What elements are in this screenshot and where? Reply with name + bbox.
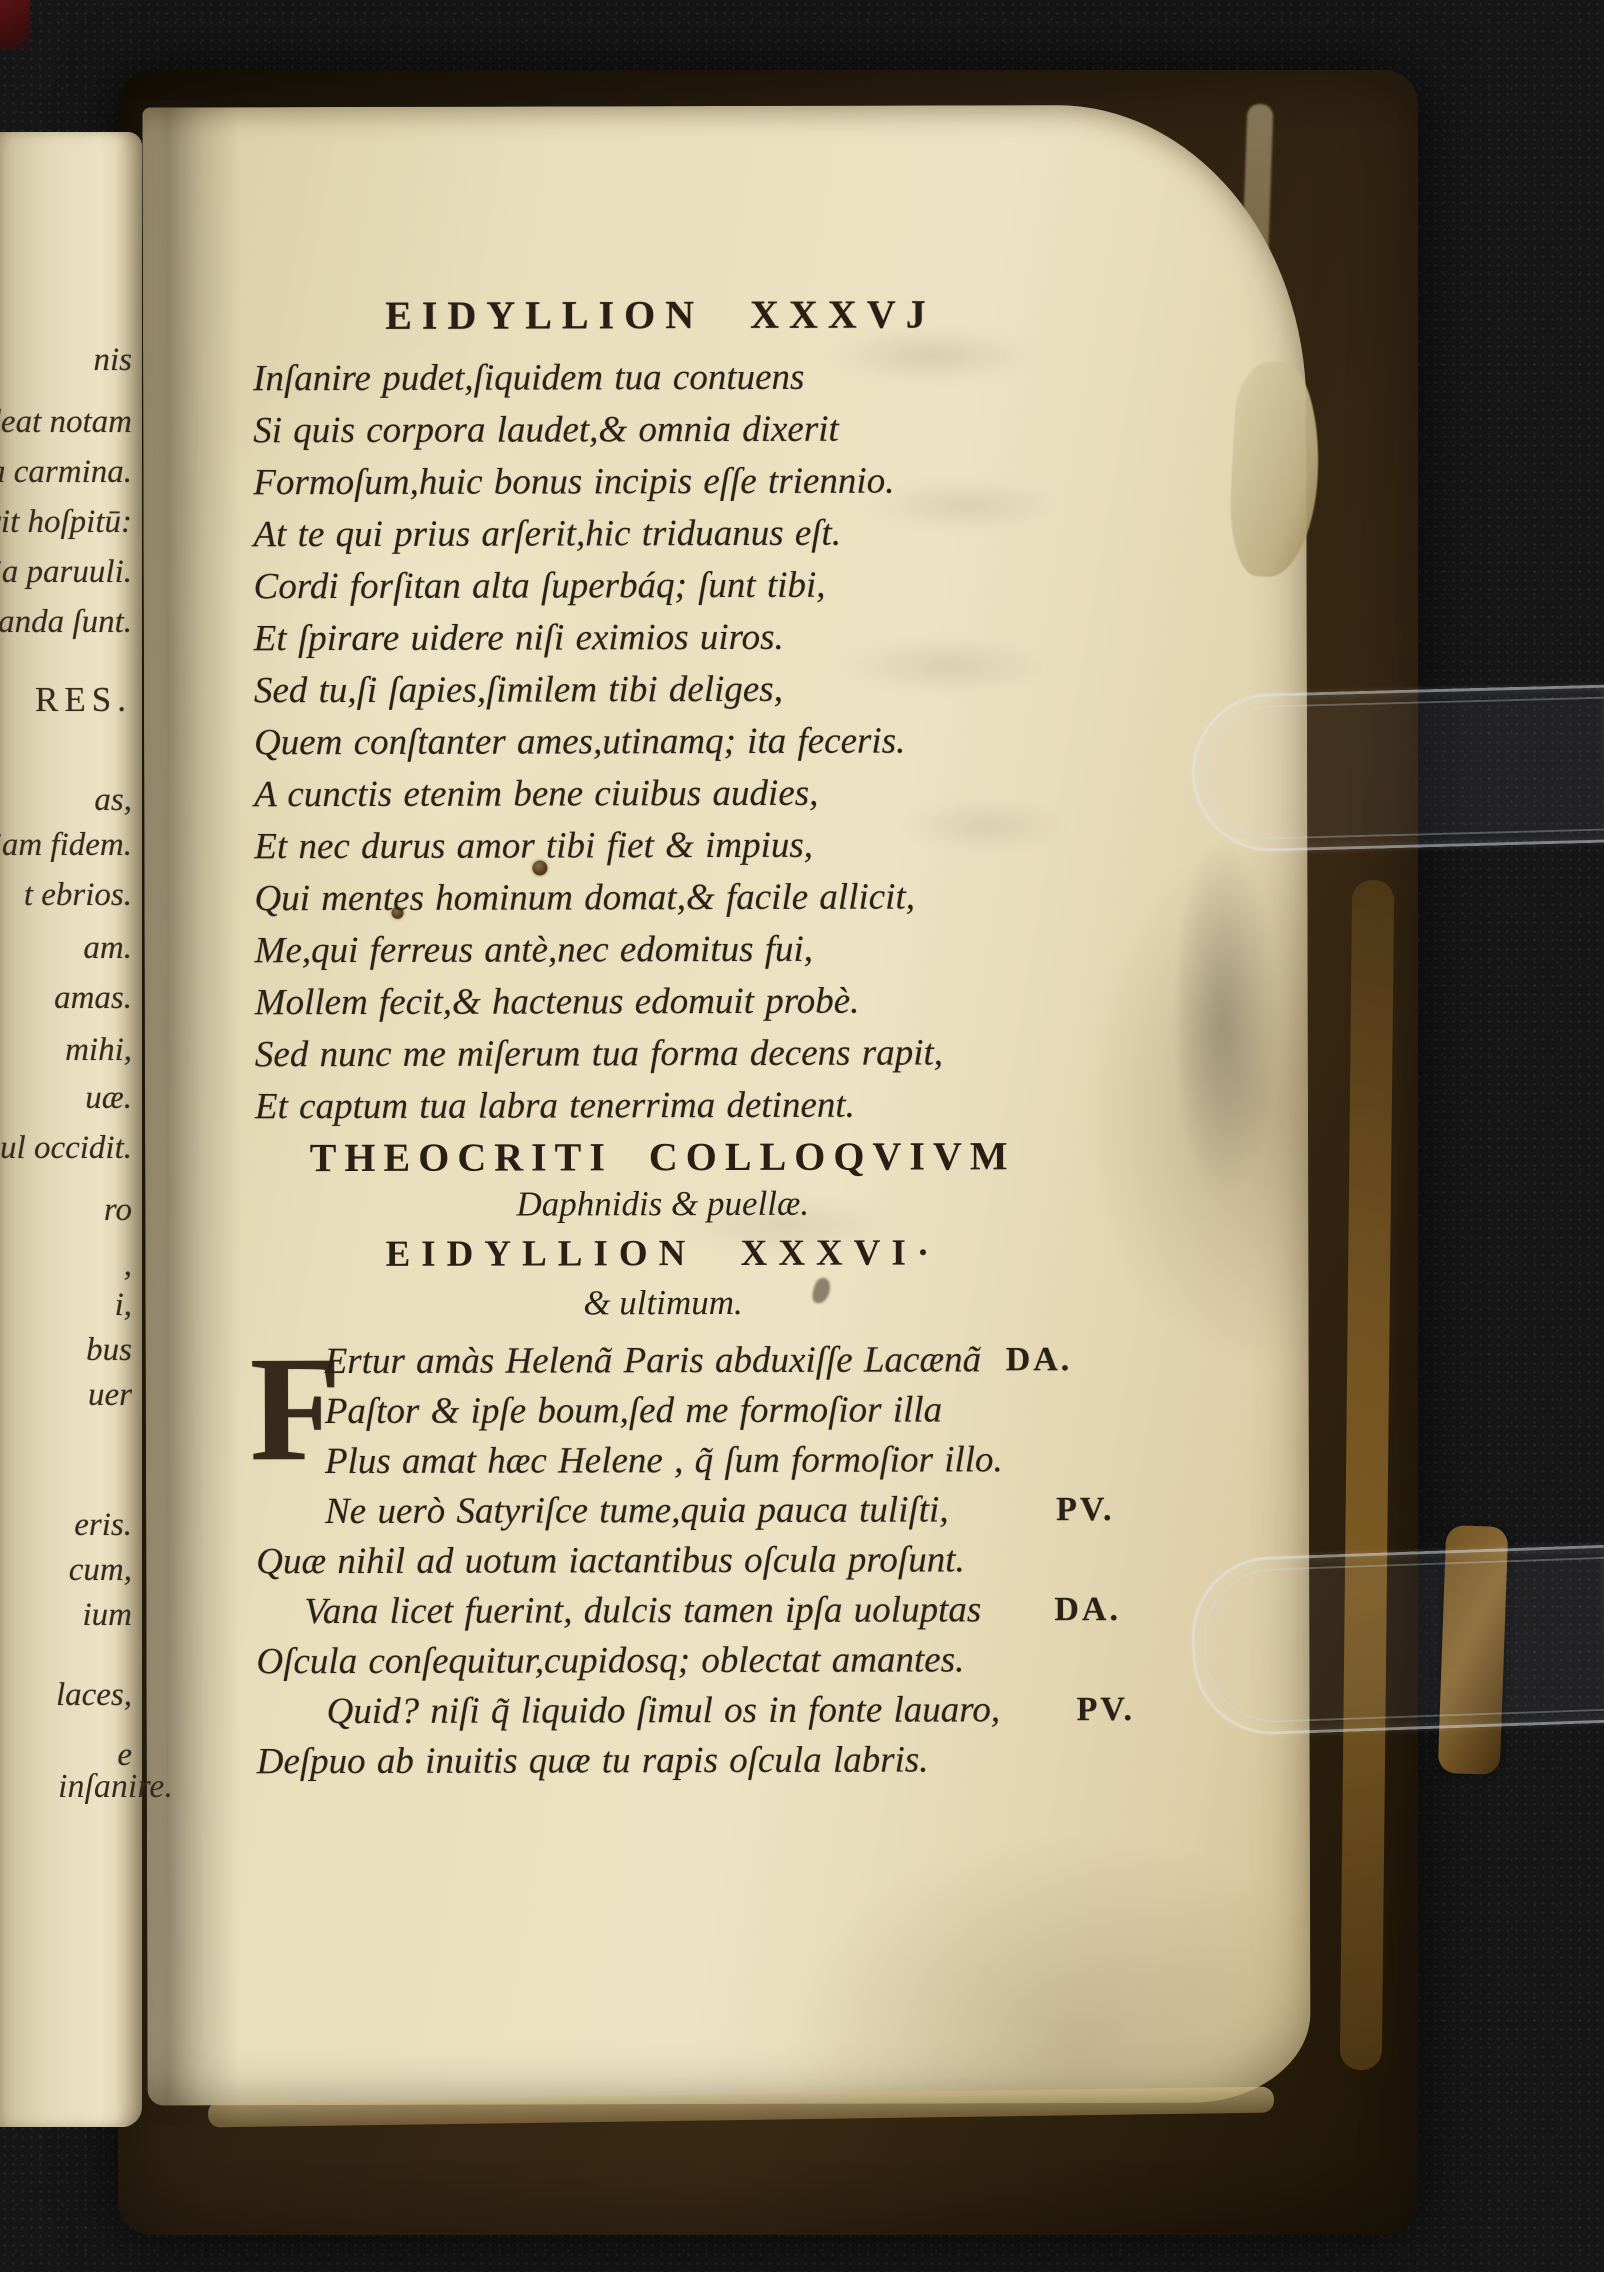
dialogue-line: Ne uerò Satyriſce tume,quia pauca tuliſt…: [306, 1485, 1071, 1537]
book-photo-scene: nis ideat notam ona carmina. erit hoſpit…: [0, 0, 1604, 2272]
verse-line: Me,qui ferreus antè,nec edomitus fui,: [255, 923, 1070, 977]
dialogue-text: Quid? niſi q̃ liquido ſimul os in fonte …: [327, 1689, 1001, 1732]
verse-line: Cordi forſitan alta ſuperbáq; ſunt tibi,: [254, 559, 1069, 613]
verse-line: Inſanire pudet,ſiquidem tua contuens: [253, 351, 1068, 405]
verso-text-fragment: uer: [88, 1377, 132, 1414]
dialogue-text: Vana licet fuerint, dulcis tamen ipſa uo…: [304, 1589, 981, 1632]
verso-text-fragment: ul occidit.: [0, 1130, 132, 1167]
verso-text-fragment: ,: [124, 1247, 132, 1284]
dialogue-text: Oſcula conſequitur,cupidosq; oblectat am…: [256, 1639, 964, 1682]
verse-line: Si quis corpora laudet,& omnia dixerit: [253, 403, 1068, 457]
verso-text-fragment: bus: [86, 1332, 132, 1369]
verso-text-fragment: erit hoſpitū:: [0, 504, 132, 541]
verso-text-fragment: amas.: [54, 980, 132, 1017]
red-corner-mark: [0, 0, 30, 50]
verse-line: Quem conſtanter ames,utinamq; ita feceri…: [254, 715, 1069, 769]
verse-line: Et captum tua labra tenerrima detinent.: [255, 1079, 1070, 1133]
verso-text-fragment: RES.: [35, 680, 132, 720]
page-holder-clip-bottom: [1189, 1545, 1604, 1737]
dialogue-line: Oſcula conſequitur,cupidosq; oblectat am…: [256, 1635, 1071, 1687]
verso-text-fragment: ona carmina.: [0, 454, 132, 491]
verse-line: Formoſum,huic bonus incipis eſſe trienni…: [253, 455, 1068, 509]
dialogue-text: Plus amat hæc Helene , q̃ ſum formoſior …: [325, 1439, 1003, 1482]
dialogue-line: Plus amat hæc Helene , q̃ ſum formoſior …: [256, 1435, 1071, 1487]
dialogue-block: F Ertur amàs Helenã Paris abduxiſſe Lacæ…: [256, 1335, 1072, 1787]
verse-line: Sed nunc me miſerum tua forma decens rap…: [255, 1027, 1070, 1081]
dialogue-text: Quæ nihil ad uotum iactantibus oſcula pr…: [256, 1539, 965, 1582]
verso-text-fragment: nis: [93, 342, 132, 379]
verso-text-fragment: ro: [104, 1192, 132, 1229]
section-title: THEOCRITI COLLOQVIVM: [255, 1133, 1070, 1181]
speaker-label: PV.: [1077, 1685, 1136, 1735]
verse-line: At te qui prius arſerit,hic triduanus eſ…: [253, 507, 1068, 561]
speaker-label: DA.: [1006, 1335, 1073, 1385]
verso-text-fragment: as,: [94, 782, 132, 819]
verso-text-fragment: mihi,: [65, 1032, 132, 1069]
dialogue-text: Deſpuo ab inuitis quæ tu rapis oſcula la…: [257, 1739, 929, 1782]
dialogue-line: Quæ nihil ad uotum iactantibus oſcula pr…: [256, 1535, 1071, 1587]
section-number-heading: EIDYLLION XXXVI·: [255, 1227, 1070, 1281]
verso-text-fragment: am.: [83, 930, 132, 967]
verse-line: A cunctis etenim bene ciuibus audies,: [254, 767, 1069, 821]
running-header: EIDYLLION XXXVJ: [253, 291, 1068, 339]
dialogue-text: Ertur amàs Helenã Paris abduxiſſe Lacænã: [325, 1339, 982, 1382]
dialogue-text: Paſtor & ipſe boum,ſed me formoſior illa: [325, 1389, 942, 1432]
dialogue-line: Deſpuo ab inuitis quæ tu rapis oſcula la…: [257, 1735, 1072, 1787]
dialogue-line: Quid? niſi q̃ liquido ſimul os in fonte …: [327, 1685, 1072, 1737]
catchword: inſanire.: [58, 1768, 173, 1806]
speaker-label: DA.: [1054, 1585, 1121, 1635]
page-content: EIDYLLION XXXVJ Inſanire pudet,ſiquidem …: [142, 105, 1071, 1787]
section-subheading: & ultimum.: [255, 1279, 1070, 1327]
recto-page: EIDYLLION XXXVJ Inſanire pudet,ſiquidem …: [142, 104, 1310, 2105]
dialogue-text: Ne uerò Satyriſce tume,quia pauca tuliſt…: [325, 1489, 949, 1532]
verse-block: Inſanire pudet,ſiquidem tua contuens Si …: [253, 351, 1070, 1133]
verso-text-fragment: pbanda ſunt.: [0, 604, 132, 641]
page-edge-soot-stain: [1178, 840, 1278, 1200]
dialogue-line: Vana licet fuerint, dulcis tamen ipſa uo…: [304, 1585, 1071, 1637]
verso-text-fragment: eris.: [74, 1507, 132, 1544]
dialogue-line: Paſtor & ipſe boum,ſed me formoſior illa: [256, 1385, 1071, 1437]
verso-text-fragment: ideat notam: [0, 404, 132, 441]
dialogue-line: Ertur amàs Helenã Paris abduxiſſe Lacænã…: [256, 1335, 1071, 1387]
section-subtitle: Daphnidis & puellæ.: [255, 1179, 1070, 1229]
verse-line: Mollem fecit,& hactenus edomuit probè.: [255, 975, 1070, 1029]
verse-line: Qui mentes hominum domat,& facile allici…: [254, 871, 1069, 925]
verso-text-fragment: tia paruuli.: [0, 554, 132, 591]
verso-text-fragment: biam fidem.: [0, 827, 132, 864]
verso-text-fragment: ium: [83, 1597, 133, 1634]
speaker-label: PV.: [1056, 1485, 1115, 1535]
verse-line: Sed tu,ſi ſapies,ſimilem tibi deliges,: [254, 663, 1069, 717]
verso-text-fragment: t ebrios.: [24, 877, 132, 914]
verso-text-fragment: laces,: [56, 1677, 132, 1714]
verso-text-fragment: i,: [115, 1287, 132, 1324]
verse-line: Et ſpirare uidere niſi eximios uiros.: [254, 611, 1069, 665]
verse-line: Et nec durus amor tibi fiet & impius,: [254, 819, 1069, 873]
page-holder-clip-top: [1190, 685, 1604, 854]
verso-page-strip: nis ideat notam ona carmina. erit hoſpit…: [0, 132, 142, 2127]
verso-text-fragment: cum,: [69, 1552, 132, 1589]
verso-text-fragment: uæ.: [85, 1080, 132, 1117]
